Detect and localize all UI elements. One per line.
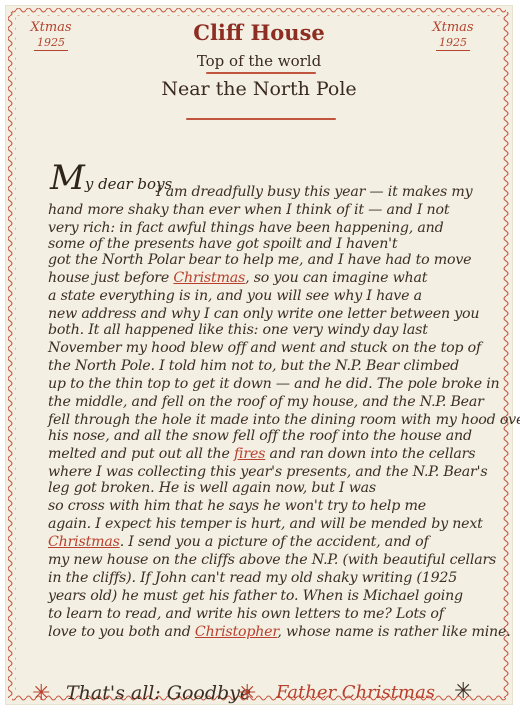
letter-line: got the North Polar bear to help me, and…: [48, 252, 498, 268]
date-corner-right: Xtmas 1925: [430, 20, 476, 51]
salutation-initial: M: [50, 158, 85, 198]
letter-line: years old) he must get his father to. Wh…: [48, 588, 498, 604]
letter-line: November my hood blew off and went and s…: [48, 340, 498, 356]
letter-line: leg got broken. He is well again now, bu…: [48, 480, 498, 496]
letter-line: house just before Christmas, so you can …: [48, 270, 498, 286]
letter-line: very rich: in fact awful things have bee…: [48, 220, 498, 236]
snowflake-icon: ✳: [238, 682, 256, 704]
salutation: My dear boys: [50, 158, 172, 198]
letter-line: hand more shaky than ever when I think o…: [48, 202, 498, 218]
letter-line: up to the thin top to get it down — and …: [48, 376, 498, 392]
red-ink-word: Christmas: [48, 534, 120, 550]
date-corner-left: Xtmas 1925: [28, 20, 74, 51]
date-year-right: 1925: [436, 35, 470, 51]
address-line-2: Top of the world: [136, 52, 382, 70]
address-line-3: Near the North Pole: [136, 78, 382, 100]
letter-line: melted and put out all the fires and ran…: [48, 446, 498, 462]
letter-line: his nose, and all the snow fell off the …: [48, 428, 498, 444]
letter-line: the middle, and fell on the roof of my h…: [48, 394, 498, 410]
date-year-left: 1925: [34, 35, 68, 51]
closing-text: That's all: Goodbye: [66, 682, 251, 704]
signature: Father Christmas: [276, 682, 435, 703]
red-ink-word: Christopher: [195, 624, 277, 640]
letter-line: again. I expect his temper is hurt, and …: [48, 516, 498, 532]
address-line-1: Cliff House: [136, 20, 382, 45]
snowflake-icon: ✳: [454, 680, 472, 702]
letter-page: Xtmas 1925 Xtmas 1925 Cliff House Top of…: [6, 6, 512, 704]
letter-line: so cross with him that he says he won't …: [48, 498, 498, 514]
letter-line: to learn to read, and write his own lett…: [48, 606, 498, 622]
letter-line: some of the presents have got spoilt and…: [48, 236, 498, 252]
title-flourish: [206, 72, 316, 74]
letter-line: a state everything is in, and you will s…: [48, 288, 498, 304]
title-underline-flourish: [186, 118, 336, 120]
date-xmas-left: Xtmas: [30, 20, 71, 35]
letter-line: love to you both and Christopher, whose …: [48, 624, 498, 640]
letter-line: where I was collecting this year's prese…: [48, 464, 498, 480]
letter-line: in the cliffs). If John can't read my ol…: [48, 570, 498, 586]
date-xmas-right: Xtmas: [432, 20, 473, 35]
red-ink-word: fires: [234, 446, 265, 462]
snowflake-icon: ✳: [32, 682, 50, 704]
red-ink-word: Christmas: [173, 270, 245, 286]
letter-line: my new house on the cliffs above the N.P…: [48, 552, 498, 568]
letter-line: both. It all happened like this: one ver…: [48, 322, 498, 338]
letter-line: new address and why I can only write one…: [48, 306, 498, 322]
letter-line: fell through the hole it made into the d…: [48, 412, 498, 428]
letter-line: Christmas. I send you a picture of the a…: [48, 534, 498, 550]
letter-line: I am dreadfully busy this year — it make…: [156, 184, 496, 200]
letter-line: the North Pole. I told him not to, but t…: [48, 358, 498, 374]
